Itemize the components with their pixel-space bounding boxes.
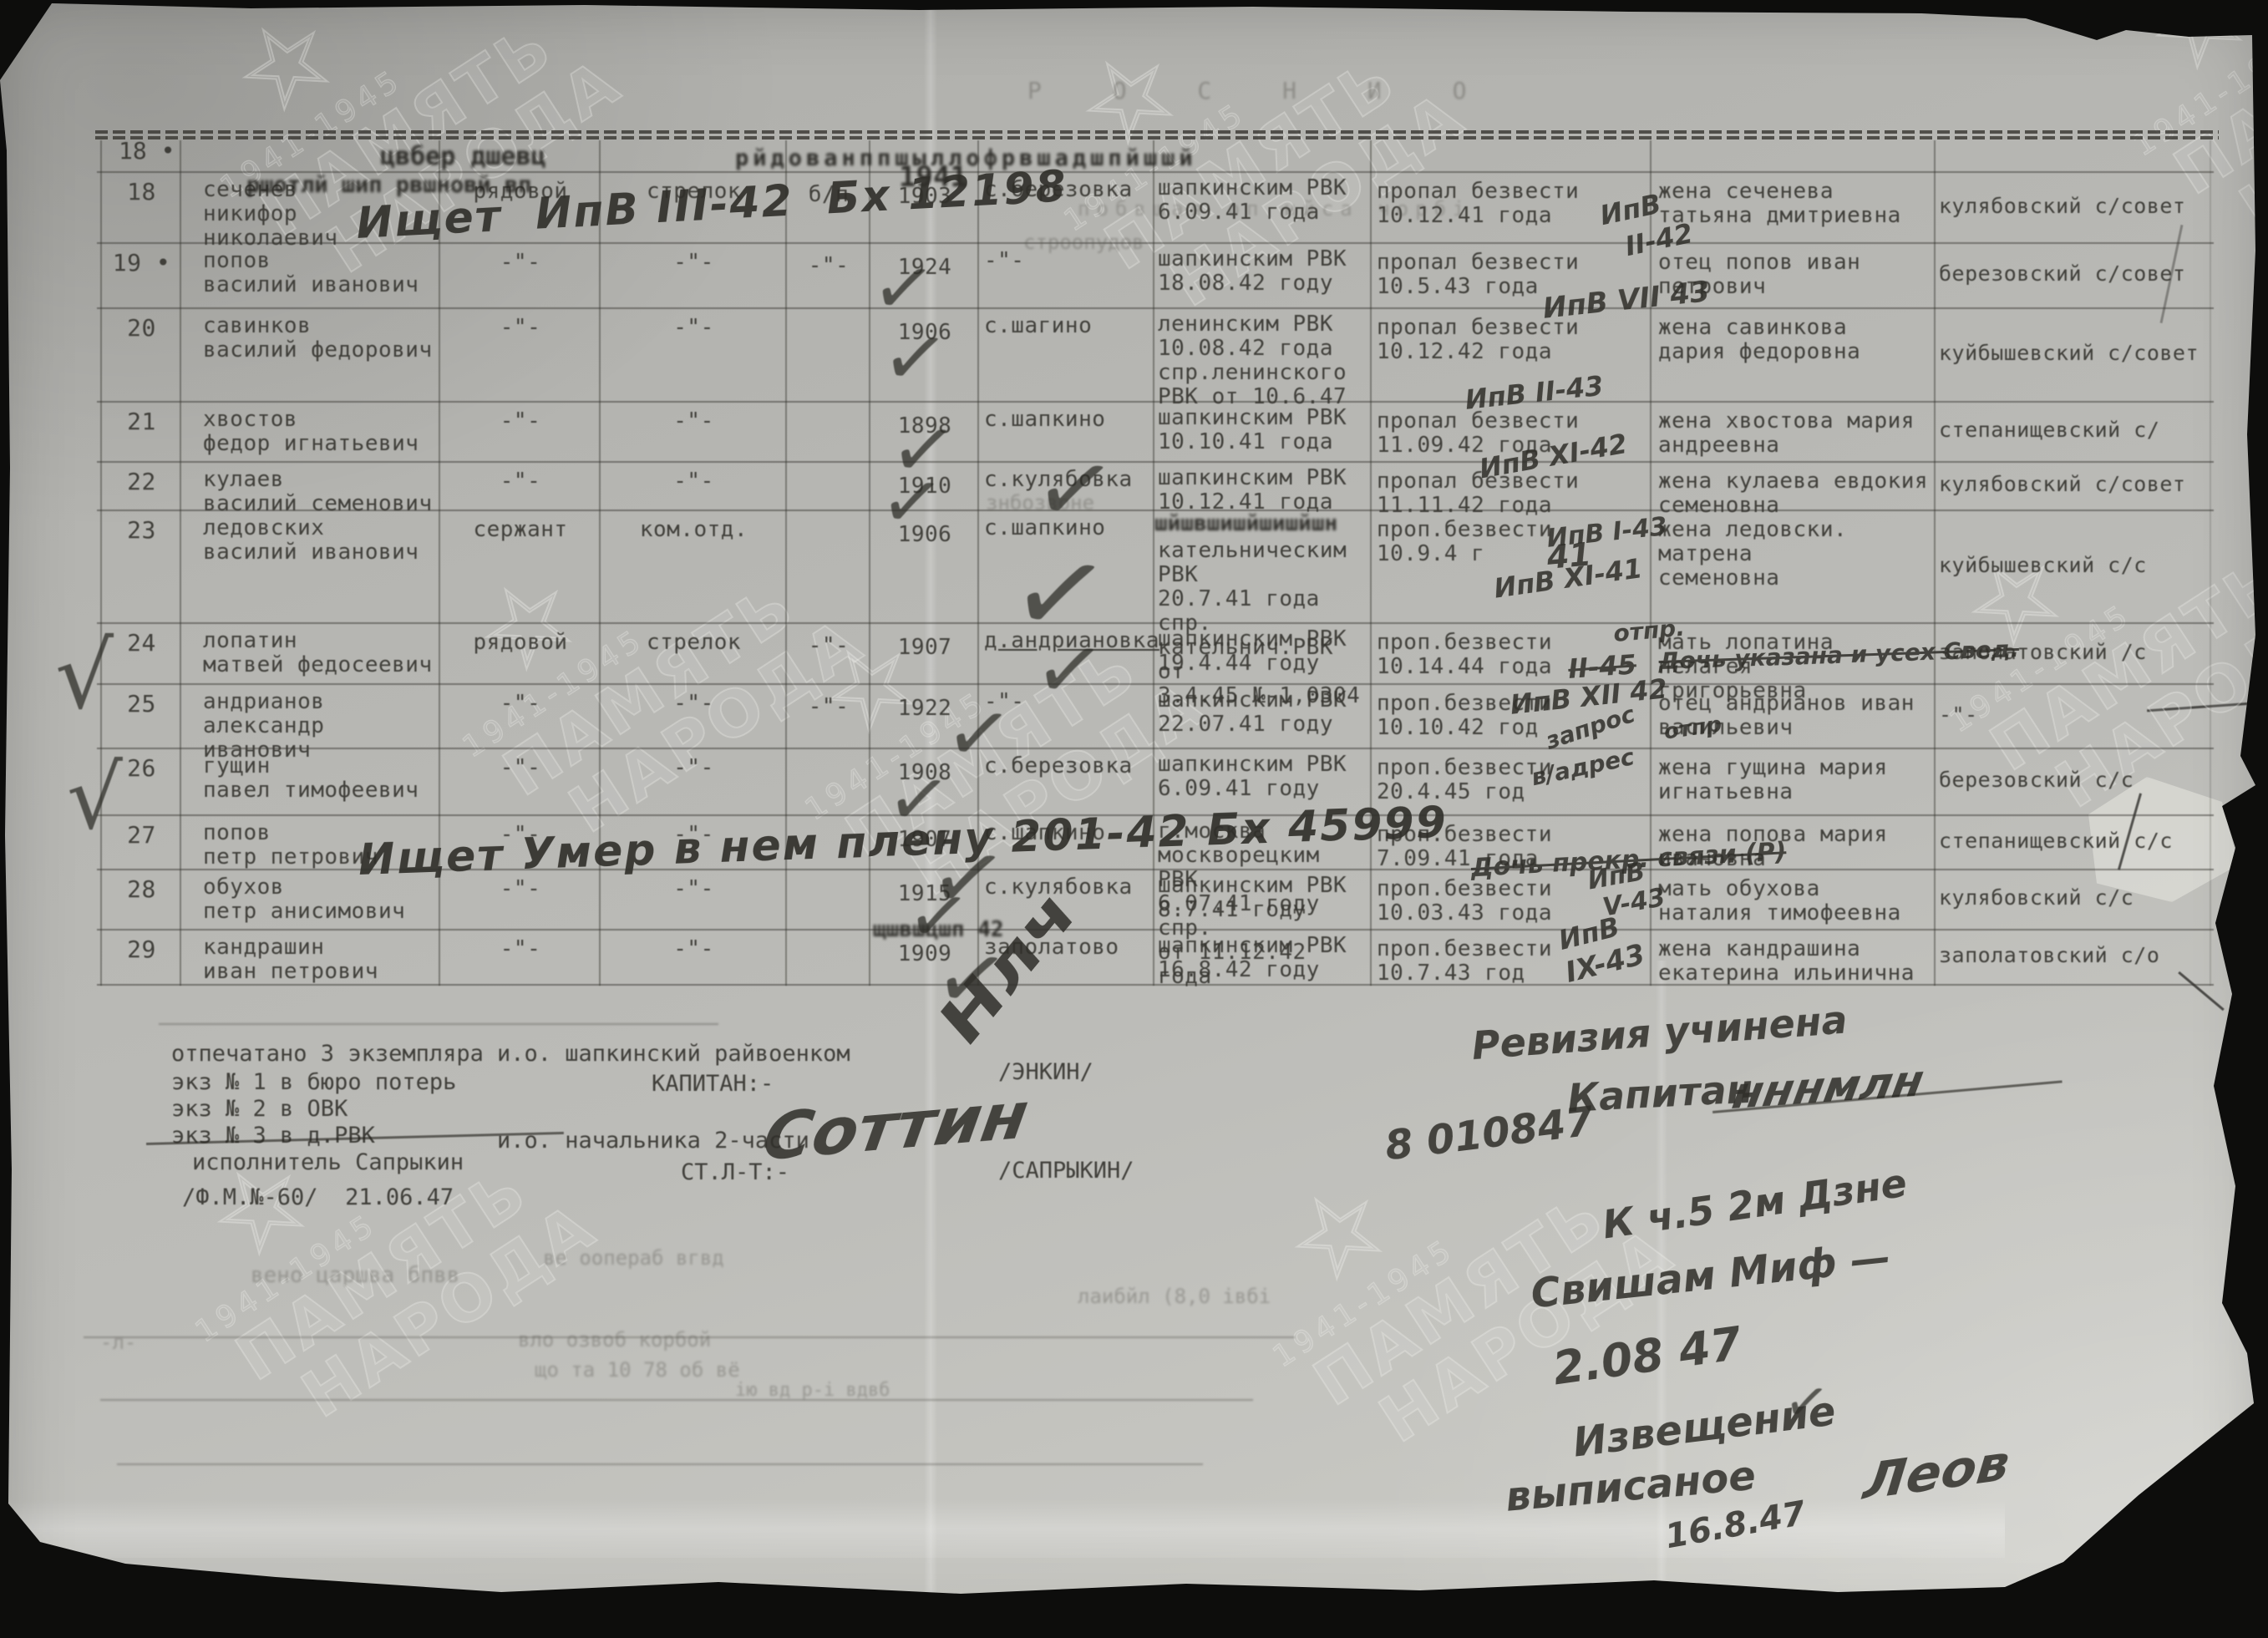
footer-form-date: /Ф.М.№-60/ 21.06.47: [182, 1184, 454, 1210]
cell-party: -"-: [792, 695, 865, 719]
handwritten-revision: Ревизия учинена: [1470, 997, 1849, 1068]
star-icon: ☆: [2126, 0, 2268, 96]
cell-rvk: шапкинским РВК 10.12.41 года: [1158, 466, 1367, 515]
table-row-line: [97, 461, 2214, 463]
margin-checkmark: √: [67, 758, 123, 838]
header-row-number: 18 •: [119, 137, 175, 165]
cell-name: андрианов александр иванович: [203, 690, 435, 763]
cell-rank: рядовой: [445, 631, 596, 655]
cell-rvk: шапкинским РВК 16.8.42 году: [1158, 934, 1367, 982]
cell-rvk: шапкинским РВК 19.4.44 году: [1158, 627, 1367, 676]
cell-rel: жена сеченева татьяна дмитриевна: [1658, 180, 1931, 228]
bleedthrough-text: вено царшва бпвв: [251, 1263, 459, 1288]
cell-spec: -"-: [606, 409, 782, 434]
watermark-title-line2: НАРОДА: [292, 1191, 607, 1428]
watermark-years: 1941-1945: [1268, 1134, 1612, 1373]
cell-rel: жена гущина мария игнатьевна: [1658, 756, 1931, 804]
cell-sel: заполатовский с/о: [1939, 943, 2206, 967]
cell-year: 1907: [875, 636, 974, 660]
margin-checkmark: √: [55, 635, 114, 718]
cell-sel: степанищевский с/с: [1939, 829, 2206, 853]
table-top-ruled-line: [95, 130, 2219, 134]
bleedthrough-text: -л-: [100, 1331, 136, 1354]
table-column-line: [100, 140, 102, 986]
cell-spec: ком.отд.: [606, 518, 782, 542]
footer-commissar-rank: КАПИТАН:-: [652, 1071, 774, 1097]
cell-rel: мать обухова наталия тимофеевна: [1658, 877, 1931, 925]
handwritten-note: Извещение: [1570, 1387, 1838, 1466]
cell-rvk: шапкинским РВК 6.09.41 году: [1158, 753, 1367, 801]
table-row-line: [97, 929, 2214, 931]
cell-name: ледовских василий иванович: [203, 516, 435, 565]
cell-rank: -"-: [445, 756, 596, 780]
cell-name: кулаев василий семенович: [203, 468, 435, 516]
cell-rel: жена савинкова дария федоровна: [1658, 316, 1931, 364]
footer-chief-name: /САПРЫКИН/: [998, 1158, 1134, 1184]
cell-name: хвостов федор игнатьевич: [203, 408, 435, 456]
table-top-ruled-line: [95, 136, 2219, 139]
faint-top-title: Р О С Н И О: [1027, 77, 1494, 104]
cell-rel: жена ледовски. матрена семеновна: [1658, 518, 1931, 591]
watermark-title-line2: НАРОДА: [2230, 5, 2268, 242]
cell-spec: -"-: [606, 937, 782, 961]
cell-num: 25: [107, 692, 176, 716]
cell-sel: куйбышевский с/с: [1939, 553, 2206, 577]
handwritten-date: 2.08 47: [1550, 1316, 1745, 1395]
archive-scan-page: ☆1941-1945ПАМЯТЬНАРОДА☆1941-1945ПАМЯТЬНА…: [0, 0, 2268, 1638]
cell-num: 18: [107, 180, 176, 204]
cell-rvk: шапкинским РВК 10.10.41 года: [1158, 406, 1367, 454]
cell-name: кандрашин иван петрович: [203, 936, 435, 984]
cell-spec: -"-: [606, 251, 782, 275]
cell-party: -"-: [792, 634, 865, 658]
cell-num: 24: [107, 631, 176, 655]
bleedthrough-text: лаибйл (8,0 івбі: [1078, 1285, 1271, 1308]
signature: Леов: [1860, 1433, 2012, 1511]
cell-rank: -"-: [445, 692, 596, 716]
cell-name: савинков василий федорович: [203, 314, 435, 363]
footer-commissar-title: и.о. шапкинский райвоенком: [497, 1041, 850, 1067]
handwritten-note: Свишам Миф —: [1529, 1234, 1893, 1318]
bleedthrough-line: [117, 1463, 1203, 1465]
handwritten-revision: Капитан: [1566, 1066, 1754, 1121]
cell-spec: -"-: [606, 469, 782, 494]
cell-sel: березовский с/с: [1939, 768, 2206, 792]
cell-spec: -"-: [606, 692, 782, 716]
cell-rel: жена кандрашина екатерина ильинична: [1658, 937, 1931, 986]
handwritten-date: 8 010847: [1383, 1098, 1596, 1169]
bleedthrough-text: вло озвоб корбой: [518, 1328, 711, 1351]
table-row-line: [97, 401, 2214, 403]
cell-rvk: кательническим РВК 20.7.41 года спр. кат…: [1158, 515, 1367, 708]
star-icon: ☆: [1266, 1038, 1595, 1307]
cell-rel: жена кулаева евдокия семеновна: [1658, 469, 1931, 518]
table-row-line: [97, 622, 2214, 624]
checkmark: ✓: [877, 319, 953, 399]
cell-num: 23: [107, 518, 176, 542]
bleedthrough-text: строопудов: [1023, 231, 1144, 254]
bleedthrough-text: ію вд р-і вдвб: [735, 1380, 890, 1401]
table-column-line: [2210, 140, 2211, 986]
cell-rvk: ленинским РВК 10.08.42 года спр.ленинско…: [1158, 312, 1367, 409]
document-paper: ☆1941-1945ПАМЯТЬНАРОДА☆1941-1945ПАМЯТЬНА…: [0, 0, 2268, 1638]
cell-rvk: шапкинским РВК 22.07.41 году: [1158, 688, 1367, 737]
cell-rank: -"-: [445, 937, 596, 961]
table-column-line: [1934, 140, 1936, 986]
cell-num: 29: [107, 937, 176, 961]
bleedthrough-line: [100, 1399, 1253, 1401]
cell-sel: кулябовский с/совет: [1939, 472, 2206, 496]
table-column-line: [1370, 140, 1372, 986]
table-column-line: [180, 140, 181, 986]
table-column-line: [1153, 140, 1154, 986]
cell-sel: кулябовский с/с: [1939, 885, 2206, 910]
footer-copies-line: экз № 1 в бюро потерь: [171, 1069, 456, 1095]
footer-copies-line: экз № 3 в д.РВК: [171, 1123, 375, 1149]
cell-spec: стрелок: [606, 631, 782, 655]
bleedthrough-line: [159, 1023, 718, 1025]
cell-name: гущин павел тимофеевич: [203, 754, 435, 803]
bleedthrough-text: ве оопераб вгвд: [543, 1246, 724, 1270]
cell-rank: -"-: [445, 409, 596, 434]
typed-overstrike: шйшвшишйшишйшн: [1154, 511, 1337, 536]
cell-num: 21: [107, 409, 176, 434]
cell-rank: сержант: [445, 518, 596, 542]
cell-spec: -"-: [606, 756, 782, 780]
cell-sel: куйбышевский с/совет: [1939, 341, 2206, 365]
cell-rel: жена хвостова мария андреевна: [1658, 409, 1931, 458]
checkmark: ✓: [1029, 628, 1109, 713]
table-row-line: [97, 307, 2214, 309]
watermark-title-line1: ПАМЯТЬ: [2164, 0, 2268, 206]
bleedthrough-text: що та 10 78 об вё: [535, 1358, 740, 1382]
cell-place: с.шагино: [984, 314, 1149, 338]
cell-rvk: шапкинским РВК 18.08.42 году: [1158, 247, 1367, 296]
paper-crack: [2178, 971, 2225, 1011]
cell-name: лопатин матвей федосеевич: [203, 629, 435, 677]
cell-num: 20: [107, 316, 176, 340]
star-icon: ☆: [1942, 403, 2268, 672]
cell-spec: -"-: [606, 316, 782, 340]
cell-rank: -"-: [445, 251, 596, 275]
footer-copies-line: экз № 2 в ОВК: [171, 1096, 348, 1122]
cell-rank: -"-: [445, 469, 596, 494]
footer-executor: исполнитель Сапрыкин: [192, 1149, 464, 1175]
signature: Соттин: [758, 1078, 1033, 1176]
star-icon: ☆: [213, 0, 542, 138]
cell-num: 19 •: [107, 251, 176, 275]
handwritten-note: К ч.5 2м Дзне: [1600, 1160, 1910, 1248]
footer-copies-line: отпечатано 3 экземпляра: [171, 1041, 484, 1067]
cell-place: с.шапкино: [984, 408, 1149, 432]
cell-rank: -"-: [445, 316, 596, 340]
cell-sel: -"-: [1939, 702, 2206, 727]
checkmark: ✓: [876, 464, 948, 540]
cell-place: с.кулябовка: [984, 875, 1149, 900]
cell-sel: кулябовский с/совет: [1939, 194, 2206, 218]
cell-num: 22: [107, 469, 176, 494]
cell-name: попов василий иванович: [203, 249, 435, 297]
cell-sel: березовский с/совет: [1939, 261, 2206, 286]
cell-num: 28: [107, 877, 176, 901]
bleedthrough-text: побвшая оп нйса чорбі: [1078, 197, 1471, 221]
cell-spec: -"-: [606, 877, 782, 901]
cell-rvk: шапкинским РВК 8.7.41 году: [1158, 874, 1367, 922]
signature: нннмлн: [1728, 1056, 1927, 1119]
cell-party: -"-: [792, 254, 865, 278]
cell-sel: степанищевский с/: [1939, 418, 2206, 442]
header-smudge: цвбер дшевц: [380, 142, 546, 171]
cell-missing: пропал безвести 10.12.42 года: [1377, 316, 1646, 364]
